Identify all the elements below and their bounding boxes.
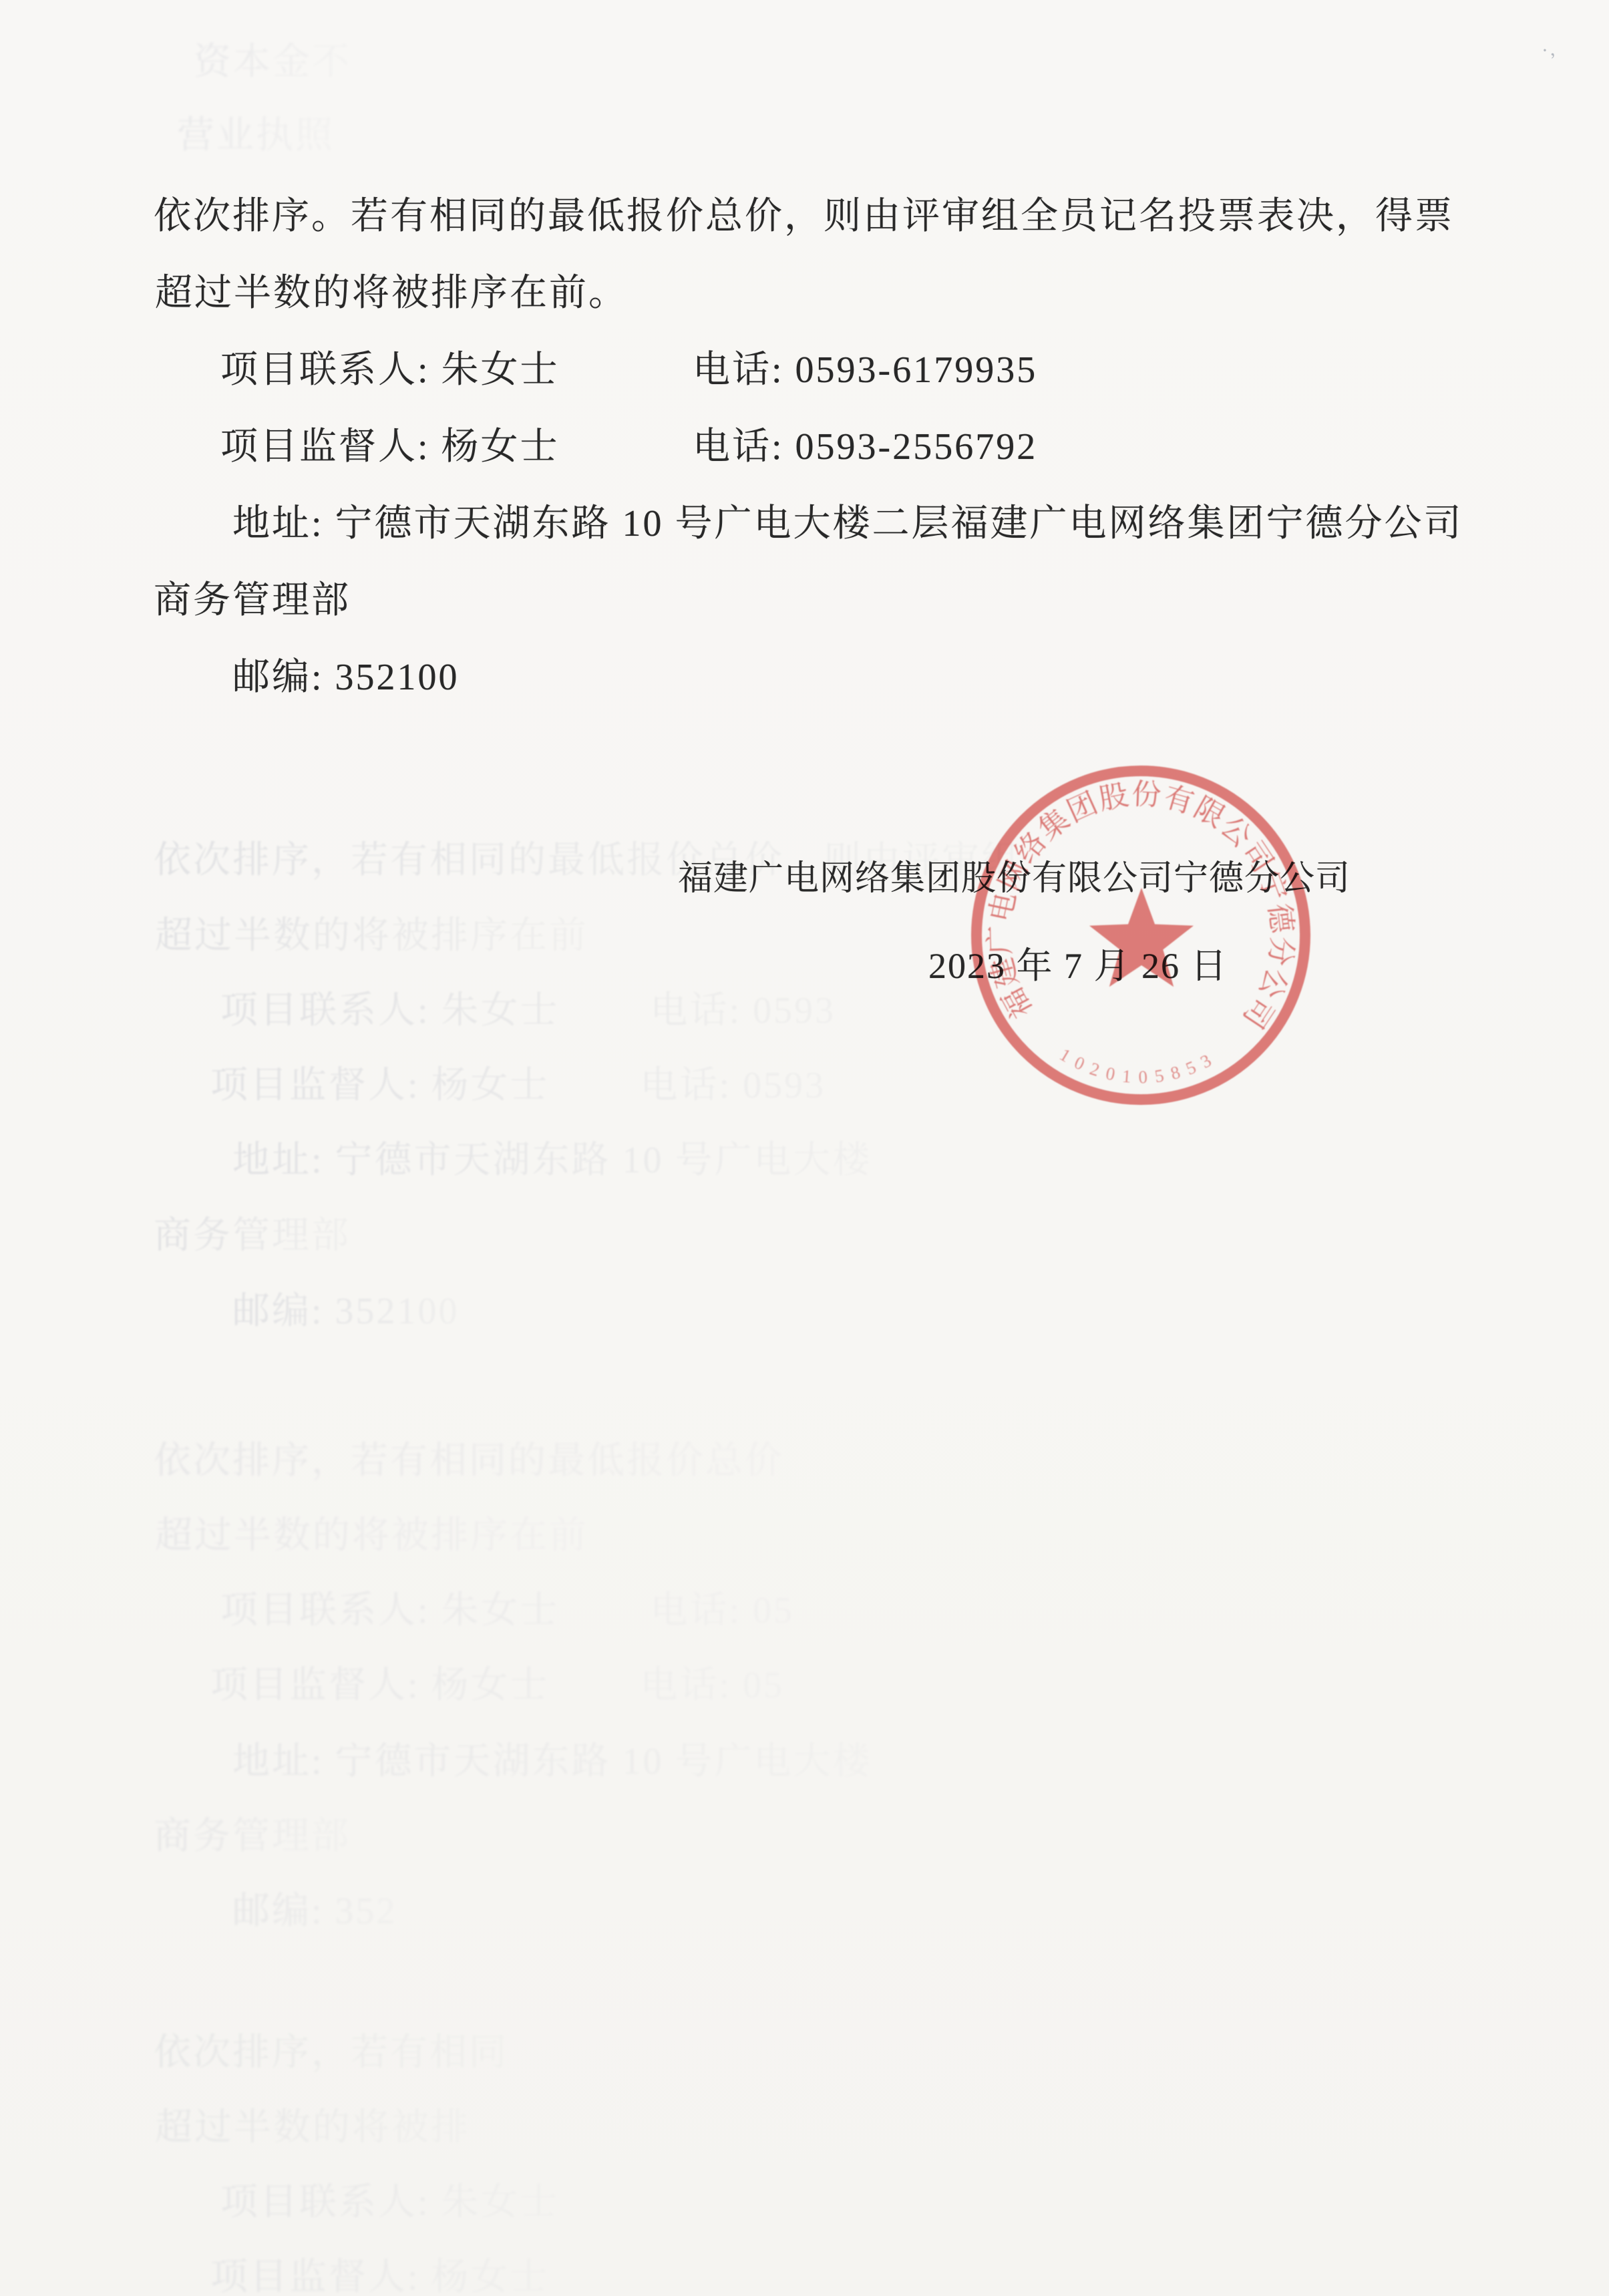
ghost-line: 营业执照 (177, 106, 335, 159)
supervisor-label: 项目监督人: 杨女士 (220, 426, 560, 468)
ghost-line: 项目监督人: 杨女士 电话: 0593 (210, 1055, 826, 1109)
stray-pen-mark: ·‚ (1540, 37, 1558, 62)
ghost-line: 商务管理部 (154, 1206, 351, 1259)
ghost-line: 邮编: 352100 (232, 1281, 460, 1335)
body-line-2: 超过半数的将被排序在前。 (155, 272, 628, 315)
company-seal-stamp: 福建广电网络集团股份有限公司宁德分公司 1020105853 (964, 758, 1318, 1112)
ghost-line: 超过半数的将被排序在前 (155, 1506, 588, 1559)
seal-serial-number: 1020105853 (1056, 1044, 1222, 1087)
body-line-1: 依次排序。若有相同的最低报价总价，则由评审组全员记名投票表决，得票 (154, 195, 1454, 238)
ghost-line: 项目监督人: 杨女士 电话: 05 (210, 1655, 784, 1709)
ghost-line: 地址: 宁德市天湖东路 10 号广电大楼 (232, 1732, 872, 1785)
address-line: 地址: 宁德市天湖东路 10 号广电大楼二层福建广电网络集团宁德分公司 (232, 502, 1463, 545)
ghost-line: 超过半数的将被排 (155, 2098, 470, 2151)
ghost-line: 依次排序，若有相同 (154, 2023, 508, 2076)
seal-star-icon (1089, 888, 1194, 987)
supervisor-phone: 电话: 0593-2556792 (693, 426, 1037, 468)
contact-person-phone: 电话: 0593-6179935 (693, 349, 1037, 391)
seal-graphic: 福建广电网络集团股份有限公司宁德分公司 1020105853 (964, 758, 1318, 1112)
ghost-line: 依次排序，若有相同的最低报价总价 (154, 1431, 784, 1484)
ghost-line: 商务管理部 (154, 1806, 351, 1860)
ghost-line: 项目监督人: 杨女士 (210, 2247, 550, 2296)
department-line: 商务管理部 (154, 579, 351, 622)
ghost-line: 超过半数的将被排序在前 (155, 906, 588, 959)
postal-code-line: 邮编: 352100 (232, 656, 460, 699)
contact-person-label: 项目联系人: 朱女士 (220, 349, 560, 391)
ghost-line: 资本金不 (194, 32, 351, 86)
ghost-line: 项目联系人: 朱女士 电话: 05 (220, 1581, 794, 1634)
document-page: 资本金不 营业执照 依次排序。若有相同的最低报价总价，则由评审组全员记名投票表决… (0, 0, 1609, 2296)
ghost-line: 地址: 宁德市天湖东路 10 号广电大楼 (232, 1130, 872, 1184)
ghost-line: 项目联系人: 朱女士 电话: 0593 (220, 981, 836, 1034)
ghost-line: 邮编: 352 (232, 1881, 397, 1935)
ghost-line: 项目联系人: 朱女士 (220, 2172, 560, 2226)
